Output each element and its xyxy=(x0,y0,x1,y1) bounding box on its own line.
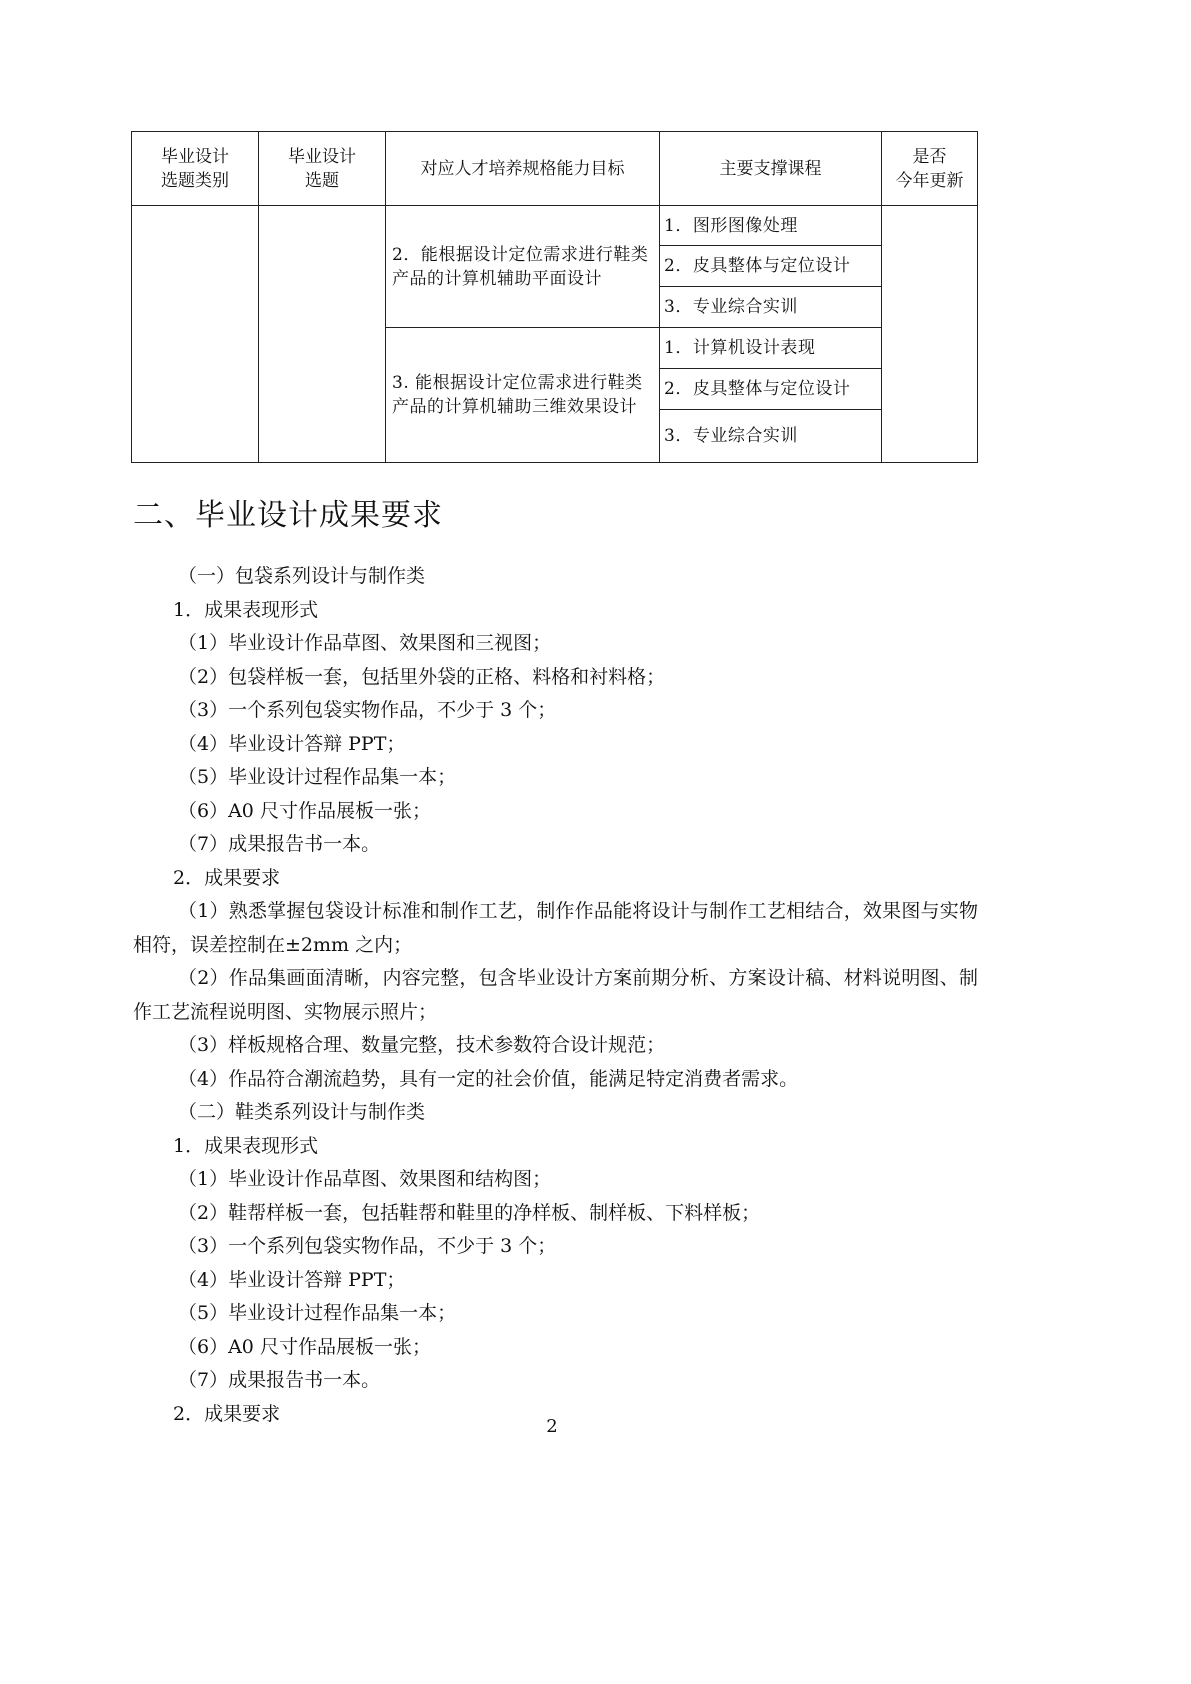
list-item: （5）毕业设计过程作品集一本； xyxy=(133,761,978,795)
list-item: （4）作品符合潮流趋势，具有一定的社会价值，能满足特定消费者需求。 xyxy=(133,1063,978,1097)
list-item: （5）毕业设计过程作品集一本； xyxy=(133,1297,978,1331)
category-cell xyxy=(132,206,259,463)
design-topic-table: 毕业设计 选题类别 毕业设计 选题 对应人才培养规格能力目标 主要支撑课程 是否… xyxy=(131,131,978,463)
header-text: 选题类别 xyxy=(132,169,258,193)
list-item: （2）包袋样板一套，包括里外袋的正格、料格和衬料格； xyxy=(133,661,978,695)
content-body: （一）包袋系列设计与制作类 1．成果表现形式 （1）毕业设计作品草图、效果图和三… xyxy=(133,560,978,1431)
list-item: （2）鞋帮样板一套，包括鞋帮和鞋里的净样板、制样板、下料样板； xyxy=(133,1197,978,1231)
category-title: （一）包袋系列设计与制作类 xyxy=(133,560,978,594)
list-item: （4）毕业设计答辩 PPT； xyxy=(133,728,978,762)
table-header-row: 毕业设计 选题类别 毕业设计 选题 对应人才培养规格能力目标 主要支撑课程 是否… xyxy=(132,132,978,206)
goal-cell: 3. 能根据设计定位需求进行鞋类产品的计算机辅助三维效果设计 xyxy=(386,328,660,463)
header-text: 选题 xyxy=(259,169,385,193)
list-item: （7）成果报告书一本。 xyxy=(133,828,978,862)
updated-cell xyxy=(882,206,978,463)
list-item: （3）一个系列包袋实物作品，不少于 3 个； xyxy=(133,694,978,728)
page-number: 2 xyxy=(0,1416,1104,1437)
header-goal: 对应人才培养规格能力目标 xyxy=(386,132,660,206)
header-category: 毕业设计 选题类别 xyxy=(132,132,259,206)
subsection-title: 1．成果表现形式 xyxy=(133,594,978,628)
course-cell: 1．图形图像处理 xyxy=(660,206,882,246)
list-item: （4）毕业设计答辩 PPT； xyxy=(133,1264,978,1298)
course-cell: 2．皮具整体与定位设计 xyxy=(660,369,882,410)
category-title: （二）鞋类系列设计与制作类 xyxy=(133,1096,978,1130)
list-item: （1）毕业设计作品草图、效果图和三视图； xyxy=(133,627,978,661)
header-topic: 毕业设计 选题 xyxy=(259,132,386,206)
subsection-title: 2．成果要求 xyxy=(133,862,978,896)
subsection-title: 1．成果表现形式 xyxy=(133,1130,978,1164)
header-text: 是否 xyxy=(882,145,977,169)
course-cell: 2．皮具整体与定位设计 xyxy=(660,246,882,287)
list-item: （3）一个系列包袋实物作品，不少于 3 个； xyxy=(133,1230,978,1264)
list-item: （1）毕业设计作品草图、效果图和结构图； xyxy=(133,1163,978,1197)
list-item: （6）A0 尺寸作品展板一张； xyxy=(133,795,978,829)
list-item: （3）样板规格合理、数量完整，技术参数符合设计规范； xyxy=(133,1029,978,1063)
header-updated: 是否 今年更新 xyxy=(882,132,978,206)
header-text: 毕业设计 xyxy=(259,145,385,169)
topic-cell xyxy=(259,206,386,463)
course-cell: 1．计算机设计表现 xyxy=(660,328,882,369)
header-text: 对应人才培养规格能力目标 xyxy=(386,157,659,181)
list-item: （1）熟悉掌握包袋设计标准和制作工艺，制作作品能将设计与制作工艺相结合，效果图与… xyxy=(133,895,978,962)
header-text: 主要支撑课程 xyxy=(660,157,881,181)
header-courses: 主要支撑课程 xyxy=(660,132,882,206)
section-title: 二、毕业设计成果要求 xyxy=(133,490,443,534)
list-item: （2）作品集画面清晰，内容完整，包含毕业设计方案前期分析、方案设计稿、材料说明图… xyxy=(133,962,978,1029)
table-row: 2．能根据设计定位需求进行鞋类产品的计算机辅助平面设计 1．图形图像处理 xyxy=(132,206,978,246)
header-text: 毕业设计 xyxy=(132,145,258,169)
list-item: （6）A0 尺寸作品展板一张； xyxy=(133,1331,978,1365)
course-cell: 3．专业综合实训 xyxy=(660,287,882,328)
goal-cell: 2．能根据设计定位需求进行鞋类产品的计算机辅助平面设计 xyxy=(386,206,660,328)
header-text: 今年更新 xyxy=(882,169,977,193)
course-cell: 3．专业综合实训 xyxy=(660,410,882,463)
list-item: （7）成果报告书一本。 xyxy=(133,1364,978,1398)
